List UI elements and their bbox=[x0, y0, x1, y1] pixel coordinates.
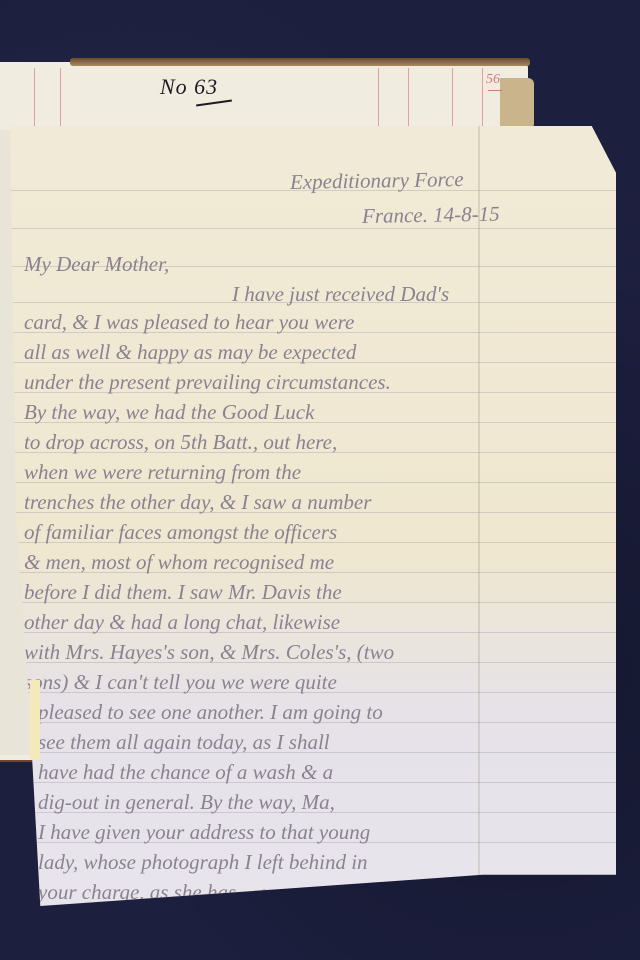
ledger-red-rule bbox=[482, 68, 483, 128]
letter-place-date: France. 14-8-15 bbox=[362, 202, 500, 229]
letter-line: dig-out in general. By the way, Ma, bbox=[38, 790, 335, 815]
letter-line: other day & had a long chat, likewise bbox=[24, 610, 340, 635]
ledger-red-rule bbox=[378, 68, 379, 128]
letter-line: your charge, as she has ... very ... mad… bbox=[38, 880, 370, 905]
letter-line: with Mrs. Hayes's son, & Mrs. Coles's, (… bbox=[24, 640, 394, 665]
letter-line: card, & I was pleased to hear you were bbox=[24, 310, 354, 335]
letter-line: & men, most of whom recognised me bbox=[24, 550, 334, 575]
ledger-page-number-underline bbox=[488, 90, 502, 91]
ledger-red-rule bbox=[60, 68, 61, 128]
letter-line: trenches the other day, & I saw a number bbox=[24, 490, 371, 515]
letter-line: pleased to see one another. I am going t… bbox=[38, 700, 383, 725]
ledger-red-rule bbox=[452, 68, 453, 128]
ledger-page-number: 56 bbox=[486, 72, 500, 88]
letter-line: see them all again today, as I shall bbox=[38, 730, 330, 755]
letter-body: Expeditionary Force France. 14-8-15 My D… bbox=[10, 126, 616, 906]
letter-line: have had the chance of a wash & a bbox=[38, 760, 333, 785]
letter-line: to drop across, on 5th Batt., out here, bbox=[24, 430, 337, 455]
letter-line: sons) & I can't tell you we were quite bbox=[24, 670, 337, 695]
letter-salutation: My Dear Mother, bbox=[24, 252, 169, 277]
letter-line: when we were returning from the bbox=[24, 460, 301, 485]
letter-line: By the way, we had the Good Luck bbox=[24, 400, 314, 425]
ledger-red-rule bbox=[34, 68, 35, 128]
letter-line: I have given your address to that young bbox=[38, 820, 370, 845]
letter-line: lady, whose photograph I left behind in bbox=[38, 850, 368, 875]
letter-line: before I did them. I saw Mr. Davis the bbox=[24, 580, 342, 605]
ledger-page-edges bbox=[500, 78, 534, 128]
handwritten-letter: Expeditionary Force France. 14-8-15 My D… bbox=[10, 126, 616, 906]
letter-line: under the present prevailing circumstanc… bbox=[24, 370, 391, 395]
folded-paper-strip bbox=[30, 680, 40, 760]
ledger-red-rule bbox=[408, 68, 409, 128]
letter-location: Expeditionary Force bbox=[290, 167, 464, 195]
ledger-entry-number: No 63 bbox=[160, 74, 218, 100]
letter-line: all as well & happy as may be expected bbox=[24, 340, 356, 365]
letter-line: of familiar faces amongst the officers bbox=[24, 520, 337, 545]
ledger-burnt-edge bbox=[70, 58, 530, 66]
letter-line: I have just received Dad's bbox=[232, 282, 449, 307]
